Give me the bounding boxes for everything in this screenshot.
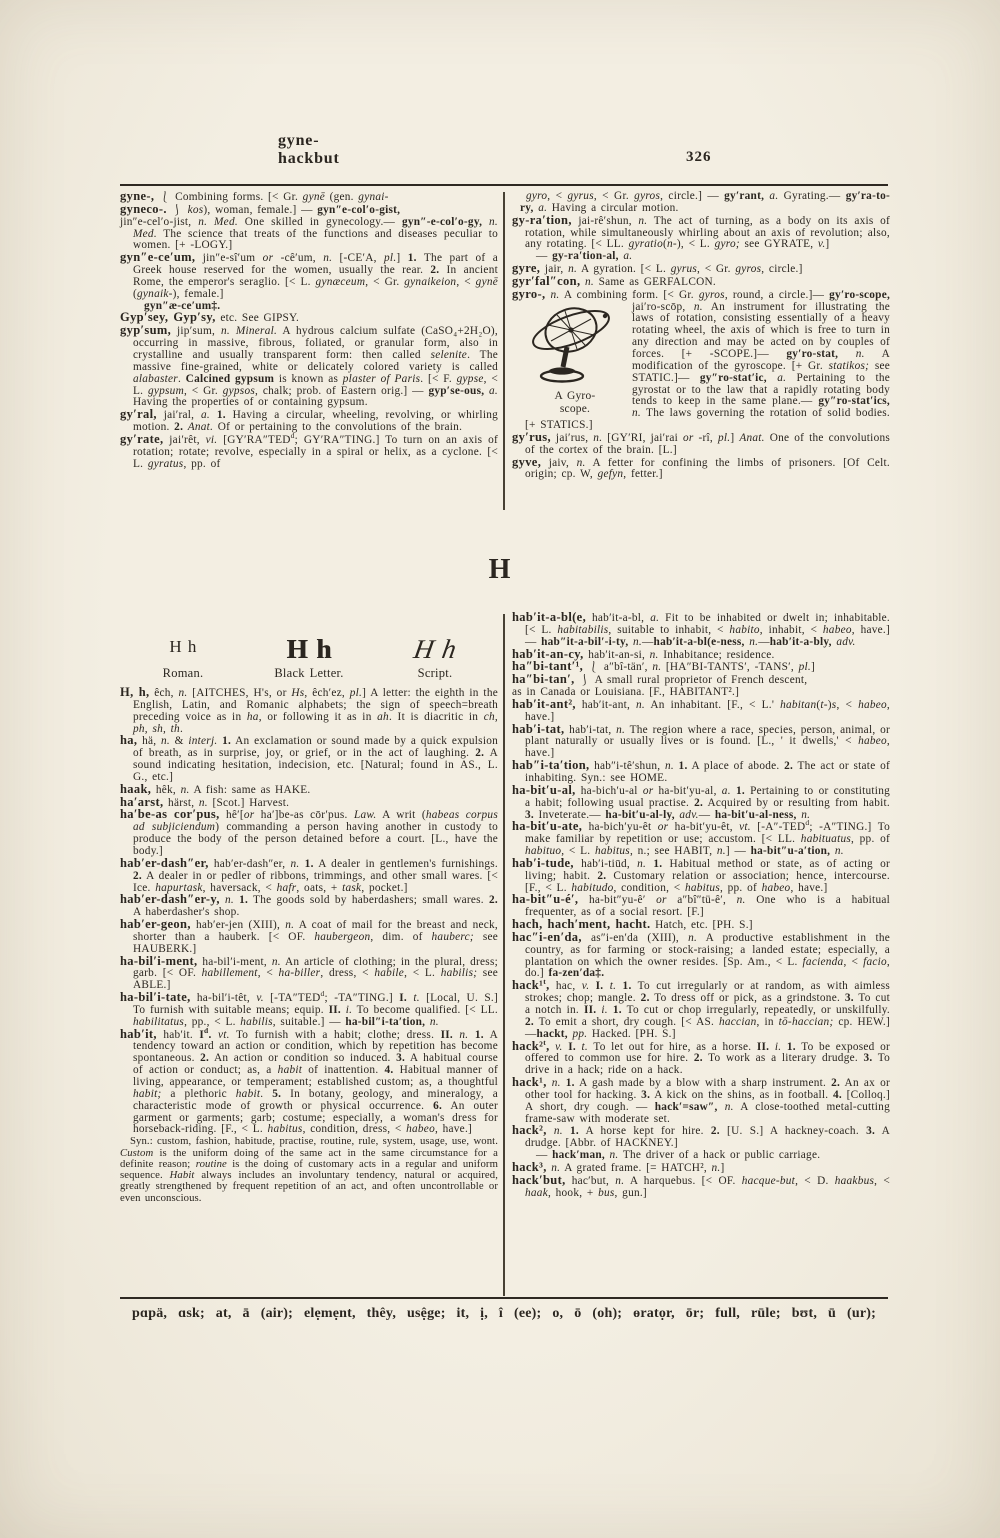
entry-text: hab′it-ant², hab′it-ant, n. An inhabitan… bbox=[512, 699, 890, 724]
dictionary-entry: ha-bit″u-é′, ha-bit″yu-ê′ or a″bî″tü-ê′,… bbox=[512, 894, 890, 919]
entry-text: Syn.: custom, fashion, habitude, practis… bbox=[120, 1136, 498, 1204]
dictionary-entry: hab′er-dash″er, hab′er-dash″er, n. 1. A … bbox=[120, 858, 498, 895]
entry-text: H, h, êch, n. [AITCHES, H's, or Hs, êch′… bbox=[120, 687, 498, 735]
dictionary-entry: gy′rate, jai′rêt, vi. [GY′RA″TEDd; GY′RA… bbox=[120, 434, 498, 471]
letterform-black-letter-caption: Black Letter. bbox=[246, 666, 372, 680]
entry-text: ha, hä, n. & interj. 1. An exclamation o… bbox=[120, 735, 498, 783]
entry-text: gyn″e-ce′um, jin″e-sî′um or -cê′um, n. [… bbox=[120, 252, 498, 300]
dictionary-entry: gyro, < gyrus, < Gr. gyros, circle.] — g… bbox=[512, 191, 890, 215]
entry-text: hack²t, v. I. t. To let out for hire, as… bbox=[512, 1041, 890, 1078]
column-h-right: hab′it-a-bl(e, hab′it-a-bl, a. Fit to be… bbox=[512, 612, 890, 1200]
entry-text: gyro-, n. A combining form. [< Gr. gyros… bbox=[512, 289, 890, 432]
gyroscope-figure: A Gyro-scope. bbox=[525, 303, 625, 416]
dictionary-entry: hab′it-an-cy, hab′it-an-si, n. Inhabitan… bbox=[512, 649, 890, 662]
dictionary-entry: hab′it-a-bl(e, hab′it-a-bl, a. Fit to be… bbox=[512, 612, 890, 649]
entry-text: gy′rus, jai′rus, n. [GY′RI, jai′rai or -… bbox=[512, 432, 890, 457]
dictionary-entry: hab′i-tat, hab′i-tat, n. The region wher… bbox=[512, 724, 890, 761]
entry-text: hac″i-en′da, as″i-en′da (XIII), n. A pro… bbox=[512, 932, 890, 980]
entry-text: ha-bit′u-al, ha-bich′u-al or ha-bit′yu-a… bbox=[512, 785, 890, 822]
entry-text: hab′it, hab′it. Id. vt. To furnish with … bbox=[120, 1029, 498, 1137]
entry-text: hab′i-tat, hab′i-tat, n. The region wher… bbox=[512, 724, 890, 761]
dictionary-entry: H, h, êch, n. [AITCHES, H's, or Hs, êch′… bbox=[120, 687, 498, 735]
entry-text: gyro, < gyrus, < Gr. gyros, circle.] — g… bbox=[512, 191, 890, 215]
letterforms-row: H h Roman. H h Black Letter. H h Script. bbox=[120, 614, 498, 680]
running-head-line1: gyne- bbox=[278, 132, 340, 150]
dictionary-entry: ha-bit′u-ate, ha-bich′yu-êt or ha-bit′yu… bbox=[512, 821, 890, 858]
dictionary-entry: gyro-, n. A combining form. [< Gr. gyros… bbox=[512, 289, 890, 432]
dictionary-entry: Gyp′sey, Gyp′sy, etc. See GIPSY. bbox=[120, 312, 498, 325]
letterform-roman-caption: Roman. bbox=[120, 666, 246, 680]
entry-text: ha′be-as cor′pus, hê′[or ha′]be-as cōr′p… bbox=[120, 809, 498, 857]
entry-text: gy′rate, jai′rêt, vi. [GY′RA″TEDd; GY′RA… bbox=[120, 434, 498, 471]
entry-line: ha″bi-tant′¹, ⎱ a″bî-tän′, n. [HA″BI-TAN… bbox=[512, 661, 890, 674]
dictionary-entry: hack³, n. A grated frame. [= HATCH², n.] bbox=[512, 1162, 890, 1175]
dictionary-entry: hab′it, hab′it. Id. vt. To furnish with … bbox=[120, 1029, 498, 1137]
entry-line: gyne-, ⎱ Combining forms. [< Gr. gynē (g… bbox=[120, 191, 498, 204]
gyroscope-caption: A Gyro-scope. bbox=[525, 390, 625, 415]
section-heading-h: H bbox=[0, 554, 1000, 586]
entry-text: hab′it-a-bl(e, hab′it-a-bl, a. Fit to be… bbox=[512, 612, 890, 649]
dictionary-entry: ha, hä, n. & interj. 1. An exclamation o… bbox=[120, 735, 498, 783]
dictionary-entry: hac″i-en′da, as″i-en′da (XIII), n. A pro… bbox=[512, 932, 890, 980]
entry-text: hab′er-dash″er, hab′er-dash″er, n. 1. A … bbox=[120, 858, 498, 895]
pronunciation-key: pɑpä, ɑsk; at, ā (air); elẹmẹnt, thêy, u… bbox=[132, 1306, 876, 1322]
letterform-script: H h Script. bbox=[372, 614, 498, 680]
entry-text: hab′i-tude, hab′i-tiūd, n. 1. Habitual m… bbox=[512, 858, 890, 895]
entry-text: hab′er-geon, hab′er-jen (XIII), n. A coa… bbox=[120, 919, 498, 956]
entry-text: gyr′fal″con, n. Same as GERFALCON. bbox=[512, 276, 890, 289]
letterform-roman: H h Roman. bbox=[120, 614, 246, 680]
dictionary-entry: gyne-, ⎱ Combining forms. [< Gr. gynē (g… bbox=[120, 191, 498, 252]
dictionary-entry: gy-ra′tion, jai-rê′shun, n. The act of t… bbox=[512, 215, 890, 263]
letterform-script-caption: Script. bbox=[372, 666, 498, 680]
entry-text: hack¹t, hac, v. I. t. 1. To cut irregula… bbox=[512, 980, 890, 1040]
dictionary-entry: gyp′sum, jip′sum, n. Mineral. A hydrous … bbox=[120, 325, 498, 409]
column-divider-bottom bbox=[503, 614, 505, 1296]
dictionary-entry: ha′be-as cor′pus, hê′[or ha′]be-as cōr′p… bbox=[120, 809, 498, 857]
dictionary-entry: ha-bil′i-ment, ha-bil′i-ment, n. An arti… bbox=[120, 956, 498, 993]
dictionary-entry: gy′ral, jai′ral, a. 1. Having a circular… bbox=[120, 409, 498, 434]
letterform-roman-glyphs: H h bbox=[120, 637, 246, 666]
column-gy-right: gyro, < gyrus, < Gr. gyros, circle.] — g… bbox=[512, 191, 890, 481]
dictionary-entry: Syn.: custom, fashion, habitude, practis… bbox=[120, 1136, 498, 1204]
entry-text: gy′ral, jai′ral, a. 1. Having a circular… bbox=[120, 409, 498, 434]
column-gy-left: gyne-, ⎱ Combining forms. [< Gr. gynē (g… bbox=[120, 191, 498, 470]
entry-text: hack³, n. A grated frame. [= HATCH², n.] bbox=[512, 1162, 890, 1175]
entry-text: hab′er-dash″er-y, n. 1. The goods sold b… bbox=[120, 894, 498, 919]
dictionary-entry: hack²t, v. I. t. To let out for hire, as… bbox=[512, 1041, 890, 1078]
entry-text: ha-bil′i-tate, ha-bil′i-têt, v. [-TA″TED… bbox=[120, 992, 498, 1029]
entry-text: ha-bit″u-é′, ha-bit″yu-ê′ or a″bî″tü-ê′,… bbox=[512, 894, 890, 919]
dictionary-entry: ha-bil′i-tate, ha-bil′i-têt, v. [-TA″TED… bbox=[120, 992, 498, 1029]
dictionary-entry: hack′but, hac′but, n. A harquebus. [< OF… bbox=[512, 1175, 890, 1200]
entry-text: gyp′sum, jip′sum, n. Mineral. A hydrous … bbox=[120, 325, 498, 409]
dictionary-entry: hack¹, n. 1. A gash made by a blow with … bbox=[512, 1077, 890, 1125]
entry-text: hack¹, n. 1. A gash made by a blow with … bbox=[512, 1077, 890, 1125]
page-number: 326 bbox=[686, 149, 712, 166]
entry-text: hab″i-ta′tion, hab″i-tê′shun, n. 1. A pl… bbox=[512, 760, 890, 785]
dictionary-entry: gyn″e-ce′um, jin″e-sî′um or -cê′um, n. [… bbox=[120, 252, 498, 312]
entry-text: ha-bit′u-ate, ha-bich′yu-êt or ha-bit′yu… bbox=[512, 821, 890, 858]
dictionary-entry: hab′it-ant², hab′it-ant, n. An inhabitan… bbox=[512, 699, 890, 724]
entry-tail-line: — hack′man, n. The driver of a hack or p… bbox=[512, 1150, 890, 1162]
entry-text: Gyp′sey, Gyp′sy, etc. See GIPSY. bbox=[120, 312, 498, 325]
dictionary-entry: ha″bi-tant′¹, ⎱ a″bî-tän′, n. [HA″BI-TAN… bbox=[512, 661, 890, 699]
column-divider-top bbox=[503, 192, 505, 510]
entry-text: gyve, jaiv, n. A fetter for confining th… bbox=[512, 457, 890, 482]
entry-tail-line: — gy-ra′tion-al, a. bbox=[512, 251, 890, 263]
running-head-line2: hackbut bbox=[278, 150, 340, 168]
entry-text: haak, hêk, n. A fish: same as HAKE. bbox=[120, 784, 498, 797]
entry-text: jin″e-cel′o-jist, n. Med. One skilled in… bbox=[120, 217, 498, 253]
entry-text: ha-bil′i-ment, ha-bil′i-ment, n. An arti… bbox=[120, 956, 498, 993]
entry-text: gy-ra′tion, jai-rê′shun, n. The act of t… bbox=[512, 215, 890, 252]
dictionary-entry: hack², n. 1. A horse kept for hire. 2. [… bbox=[512, 1125, 890, 1162]
dictionary-entry: gyve, jaiv, n. A fetter for confining th… bbox=[512, 457, 890, 482]
bottom-rule bbox=[120, 1297, 888, 1299]
dictionary-page: gyne- hackbut 326 gyne-, ⎱ Combining for… bbox=[0, 0, 1000, 1538]
dictionary-entry: hack¹t, hac, v. I. t. 1. To cut irregula… bbox=[512, 980, 890, 1040]
letterform-black-letter: H h Black Letter. bbox=[246, 614, 372, 680]
dictionary-entry: haak, hêk, n. A fish: same as HAKE. bbox=[120, 784, 498, 797]
dictionary-entry: gyr′fal″con, n. Same as GERFALCON. bbox=[512, 276, 890, 289]
gyroscope-illustration bbox=[521, 303, 617, 387]
dictionary-entry: hab′i-tude, hab′i-tiūd, n. 1. Habitual m… bbox=[512, 858, 890, 895]
entry-text: hack′but, hac′but, n. A harquebus. [< OF… bbox=[512, 1175, 890, 1200]
dictionary-entry: ha-bit′u-al, ha-bich′u-al or ha-bit′yu-a… bbox=[512, 785, 890, 822]
letterform-script-glyphs: H h bbox=[369, 634, 501, 666]
running-head: gyne- hackbut bbox=[278, 132, 340, 168]
dictionary-entry: gy′rus, jai′rus, n. [GY′RI, jai′rai or -… bbox=[512, 432, 890, 457]
entry-text: hab′it-an-cy, hab′it-an-si, n. Inhabitan… bbox=[512, 649, 890, 662]
dictionary-entry: hab′er-geon, hab′er-jen (XIII), n. A coa… bbox=[120, 919, 498, 956]
dictionary-entry: hab′er-dash″er-y, n. 1. The goods sold b… bbox=[120, 894, 498, 919]
entry-text: hack², n. 1. A horse kept for hire. 2. [… bbox=[512, 1125, 890, 1150]
dictionary-entry: hab″i-ta′tion, hab″i-tê′shun, n. 1. A pl… bbox=[512, 760, 890, 785]
letterform-black-letter-glyphs: H h bbox=[246, 634, 372, 666]
column-h-left: H h Roman. H h Black Letter. H h Script.… bbox=[120, 608, 498, 1204]
top-rule bbox=[120, 184, 888, 186]
